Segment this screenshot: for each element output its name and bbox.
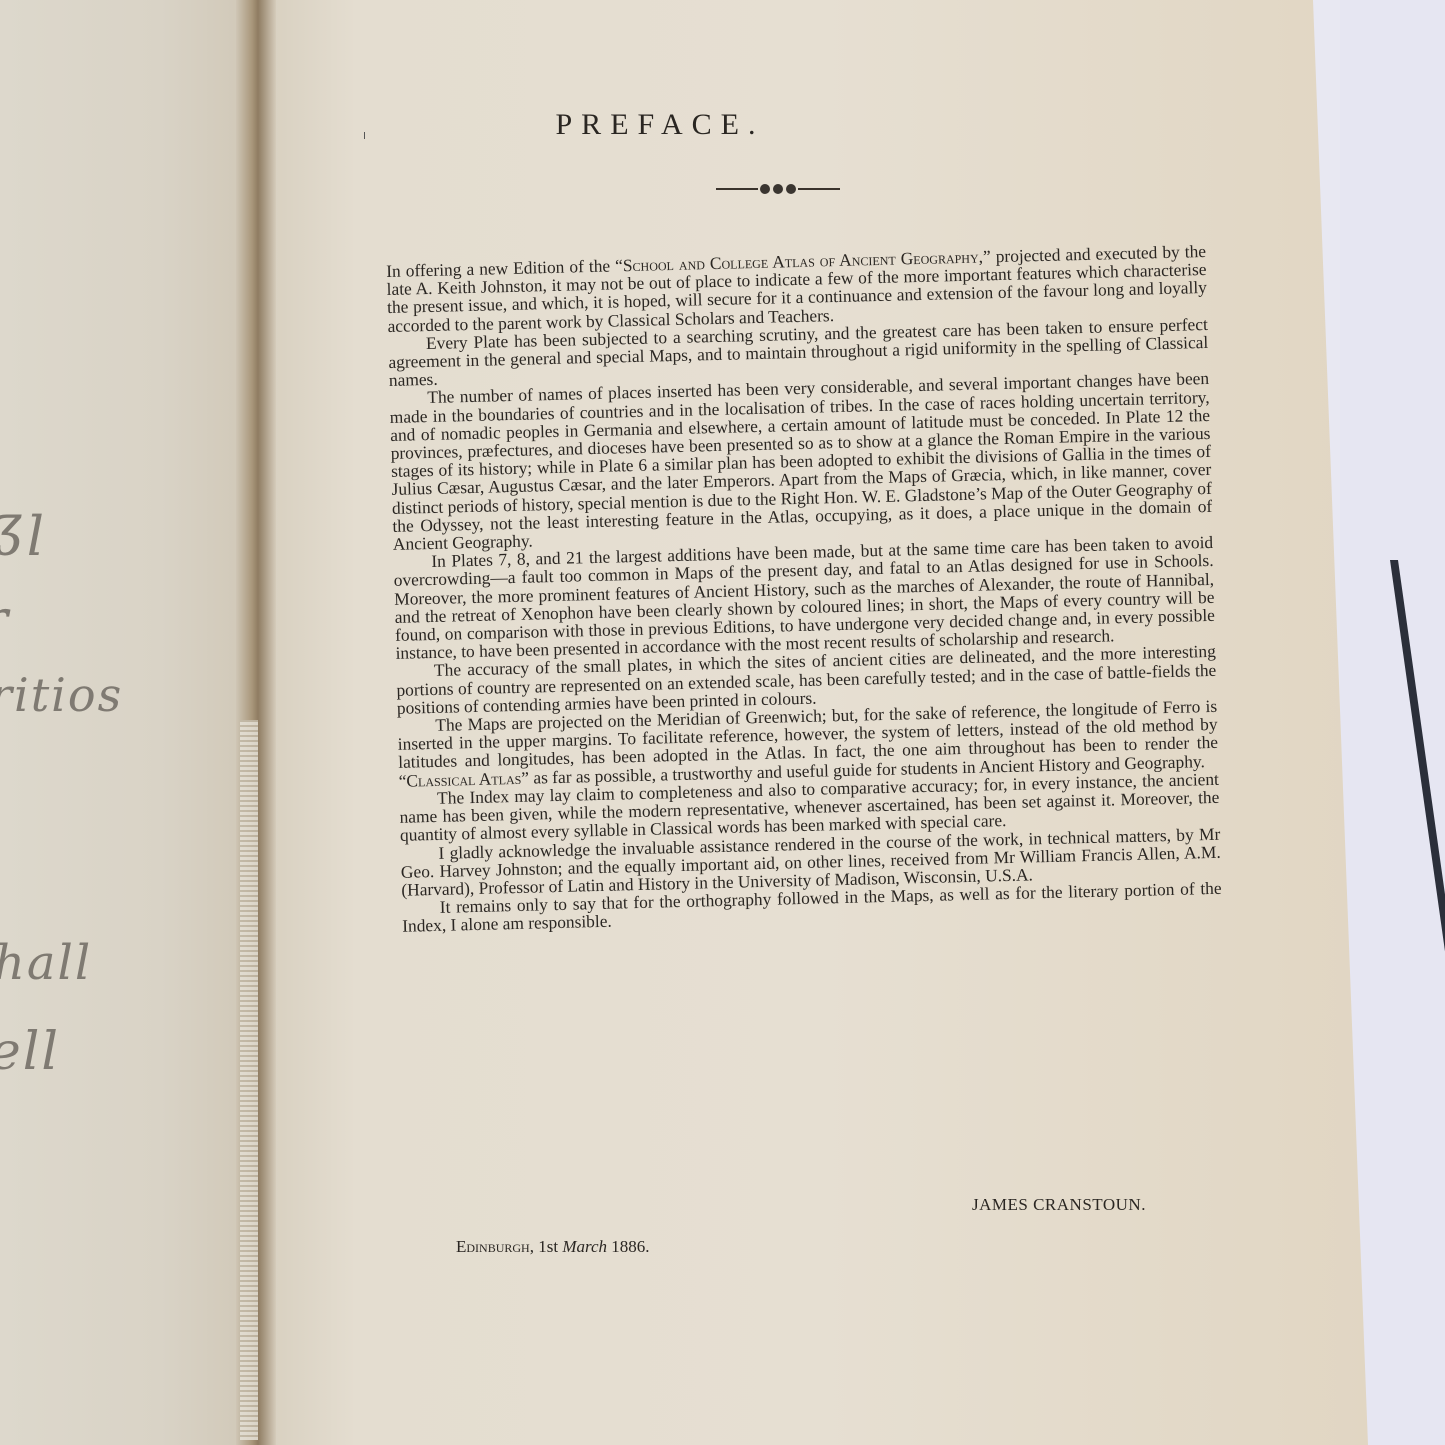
ornament-jewel-icon bbox=[760, 184, 796, 194]
dateline-year: 1886. bbox=[607, 1237, 650, 1256]
handwriting-line: ẞl bbox=[0, 505, 46, 568]
handwriting-line: r bbox=[0, 588, 10, 651]
dateline-place: Edinburgh, bbox=[456, 1237, 534, 1256]
page-title: PREFACE. bbox=[380, 108, 940, 142]
handwritten-inscription: ẞl r ritios hall ell bbox=[0, 0, 230, 1445]
dateline-month: March bbox=[562, 1237, 607, 1256]
dateline-day: 1st bbox=[534, 1237, 562, 1256]
binding-mesh bbox=[240, 720, 258, 1440]
handwriting-line: ritios bbox=[0, 668, 123, 722]
stray-mark bbox=[364, 132, 365, 139]
dateline: Edinburgh, 1st March 1886. bbox=[456, 1237, 650, 1257]
author-signature: JAMES CRANSTOUN. bbox=[972, 1195, 1146, 1215]
ornament-divider bbox=[716, 184, 840, 194]
ornament-rule-left bbox=[716, 188, 758, 190]
paragraph: The number of names of places inserted h… bbox=[389, 369, 1213, 553]
preface-body: In offering a new Edition of the “School… bbox=[386, 242, 1222, 935]
left-page: ẞl r ritios hall ell bbox=[0, 0, 268, 1445]
handwriting-line: hall bbox=[0, 935, 92, 991]
paragraph: In Plates 7, 8, and 21 the largest addit… bbox=[393, 533, 1215, 662]
ornament-rule-right bbox=[798, 188, 840, 190]
handwriting-line: ell bbox=[0, 1022, 60, 1082]
